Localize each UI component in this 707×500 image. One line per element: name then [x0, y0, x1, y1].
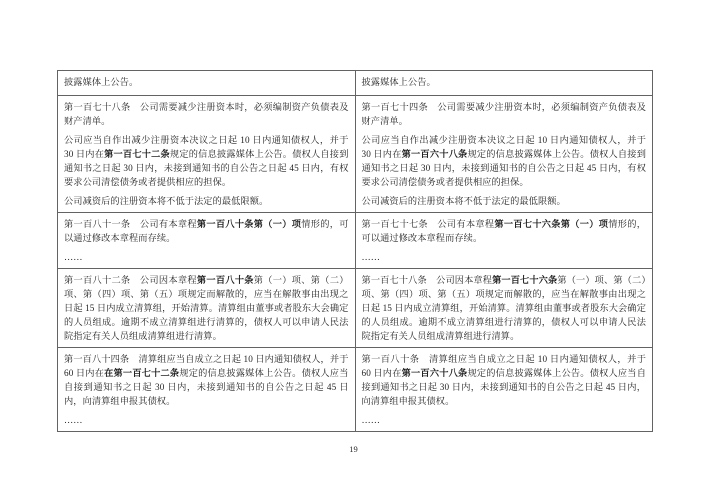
- bold-clause-reference: 第一百八十条第（一）项: [197, 219, 301, 229]
- text-segment: ……: [64, 252, 83, 262]
- page-number: 19: [0, 444, 707, 454]
- left-column-cell: 第一百八十二条 公司因本章程第一百八十条第（一）项、第（二）项、第（四）项、第（…: [58, 269, 356, 348]
- bold-clause-reference: 第一百六十八条: [402, 149, 468, 159]
- table-row: 披露媒体上公告。披露媒体上公告。: [58, 71, 653, 96]
- table-row: 第一百七十八条 公司需要减少注册资本时，必须编制资产负债表及财产清单。公司应当自…: [58, 96, 653, 213]
- left-column-cell: 第一百七十八条 公司需要减少注册资本时，必须编制资产负债表及财产清单。公司应当自…: [58, 96, 356, 213]
- bold-clause-reference: 第一百七十二条: [104, 149, 170, 159]
- text-segment: ……: [362, 252, 381, 262]
- paragraph: 第一百八十四条 清算组应当自成立之日起 10 日内通知债权人，并于 60 日内在…: [64, 352, 349, 408]
- text-segment: 公司减资后的注册资本将不低于法定的最低限额。: [362, 196, 566, 206]
- text-segment: 披露媒体上公告。: [64, 77, 138, 87]
- table-row: 第一百八十四条 清算组应当自成立之日起 10 日内通知债权人，并于 60 日内在…: [58, 348, 653, 432]
- paragraph: ……: [362, 413, 647, 427]
- text-segment: ……: [64, 415, 83, 425]
- text-segment: 第一百七十四条 公司需要减少注册资本时，必须编制资产负债表及财产清单。: [362, 102, 647, 126]
- paragraph: 第一百八十条 清算组应当自成立之日起 10 日内通知债权人，并于 60 日内在第…: [362, 352, 647, 408]
- paragraph: 披露媒体上公告。: [64, 75, 349, 89]
- paragraph: 第一百七十八条 公司需要减少注册资本时，必须编制资产负债表及财产清单。: [64, 100, 349, 128]
- bold-clause-reference: 在第一百七十二条: [104, 368, 179, 378]
- paragraph: ……: [362, 250, 647, 264]
- left-column-cell: 第一百八十四条 清算组应当自成立之日起 10 日内通知债权人，并于 60 日内在…: [58, 348, 356, 432]
- paragraph: 第一百七十四条 公司需要减少注册资本时，必须编制资产负债表及财产清单。: [362, 100, 647, 128]
- paragraph: 第一百七十七条 公司有本章程第一百七十六条第（一）项情形的，可以通过修改本章程而…: [362, 217, 647, 245]
- paragraph: 公司减资后的注册资本将不低于法定的最低限额。: [64, 194, 349, 208]
- bold-clause-reference: 第一百七十六条第（一）项: [494, 219, 608, 229]
- text-segment: 公司减资后的注册资本将不低于法定的最低限额。: [64, 196, 268, 206]
- paragraph: 披露媒体上公告。: [362, 75, 647, 89]
- text-segment: ……: [362, 415, 381, 425]
- right-column-cell: 第一百七十四条 公司需要减少注册资本时，必须编制资产负债表及财产清单。公司应当自…: [355, 96, 653, 213]
- table-row: 第一百八十一条 公司有本章程第一百八十条第（一）项情形的，可以通过修改本章程而存…: [58, 213, 653, 269]
- right-column-cell: 第一百八十条 清算组应当自成立之日起 10 日内通知债权人，并于 60 日内在第…: [355, 348, 653, 432]
- text-segment: 第一百八十二条 公司因本章程: [64, 275, 197, 285]
- right-column-cell: 第一百七十七条 公司有本章程第一百七十六条第（一）项情形的，可以通过修改本章程而…: [355, 213, 653, 269]
- text-segment: 第一百七十七条 公司有本章程: [362, 219, 495, 229]
- table-row: 第一百八十二条 公司因本章程第一百八十条第（一）项、第（二）项、第（四）项、第（…: [58, 269, 653, 348]
- bold-clause-reference: 第一百七十六条: [492, 275, 557, 285]
- text-segment: 披露媒体上公告。: [362, 77, 436, 87]
- bold-clause-reference: 第一百六十八条: [402, 368, 468, 378]
- paragraph: 第一百八十一条 公司有本章程第一百八十条第（一）项情形的，可以通过修改本章程而存…: [64, 217, 349, 245]
- paragraph: ……: [64, 413, 349, 427]
- comparison-table-body: 披露媒体上公告。披露媒体上公告。第一百七十八条 公司需要减少注册资本时，必须编制…: [58, 71, 653, 432]
- left-column-cell: 第一百八十一条 公司有本章程第一百八十条第（一）项情形的，可以通过修改本章程而存…: [58, 213, 356, 269]
- bold-clause-reference: 第一百八十条: [197, 275, 254, 285]
- document-page: 披露媒体上公告。披露媒体上公告。第一百七十八条 公司需要减少注册资本时，必须编制…: [0, 0, 707, 500]
- text-segment: 第一百七十八条 公司需要减少注册资本时，必须编制资产负债表及财产清单。: [64, 102, 349, 126]
- text-segment: 第一百八十一条 公司有本章程: [64, 219, 197, 229]
- paragraph: 公司应当自作出减少注册资本决议之日起 10 日内通知债权人，并于 30 日内在第…: [362, 133, 647, 189]
- paragraph: 第一百八十二条 公司因本章程第一百八十条第（一）项、第（二）项、第（四）项、第（…: [64, 273, 349, 343]
- right-column-cell: 第一百七十八条 公司因本章程第一百七十六条第（一）项、第（二）项、第（四）项、第…: [355, 269, 653, 348]
- paragraph: ……: [64, 250, 349, 264]
- paragraph: 公司减资后的注册资本将不低于法定的最低限额。: [362, 194, 647, 208]
- right-column-cell: 披露媒体上公告。: [355, 71, 653, 96]
- text-segment: 第一百七十八条 公司因本章程: [362, 275, 493, 285]
- paragraph: 公司应当自作出减少注册资本决议之日起 10 日内通知债权人，并于 30 日内在第…: [64, 133, 349, 189]
- left-column-cell: 披露媒体上公告。: [58, 71, 356, 96]
- paragraph: 第一百七十八条 公司因本章程第一百七十六条第（一）项、第（二）项、第（四）项、第…: [362, 273, 647, 343]
- comparison-table: 披露媒体上公告。披露媒体上公告。第一百七十八条 公司需要减少注册资本时，必须编制…: [57, 70, 653, 432]
